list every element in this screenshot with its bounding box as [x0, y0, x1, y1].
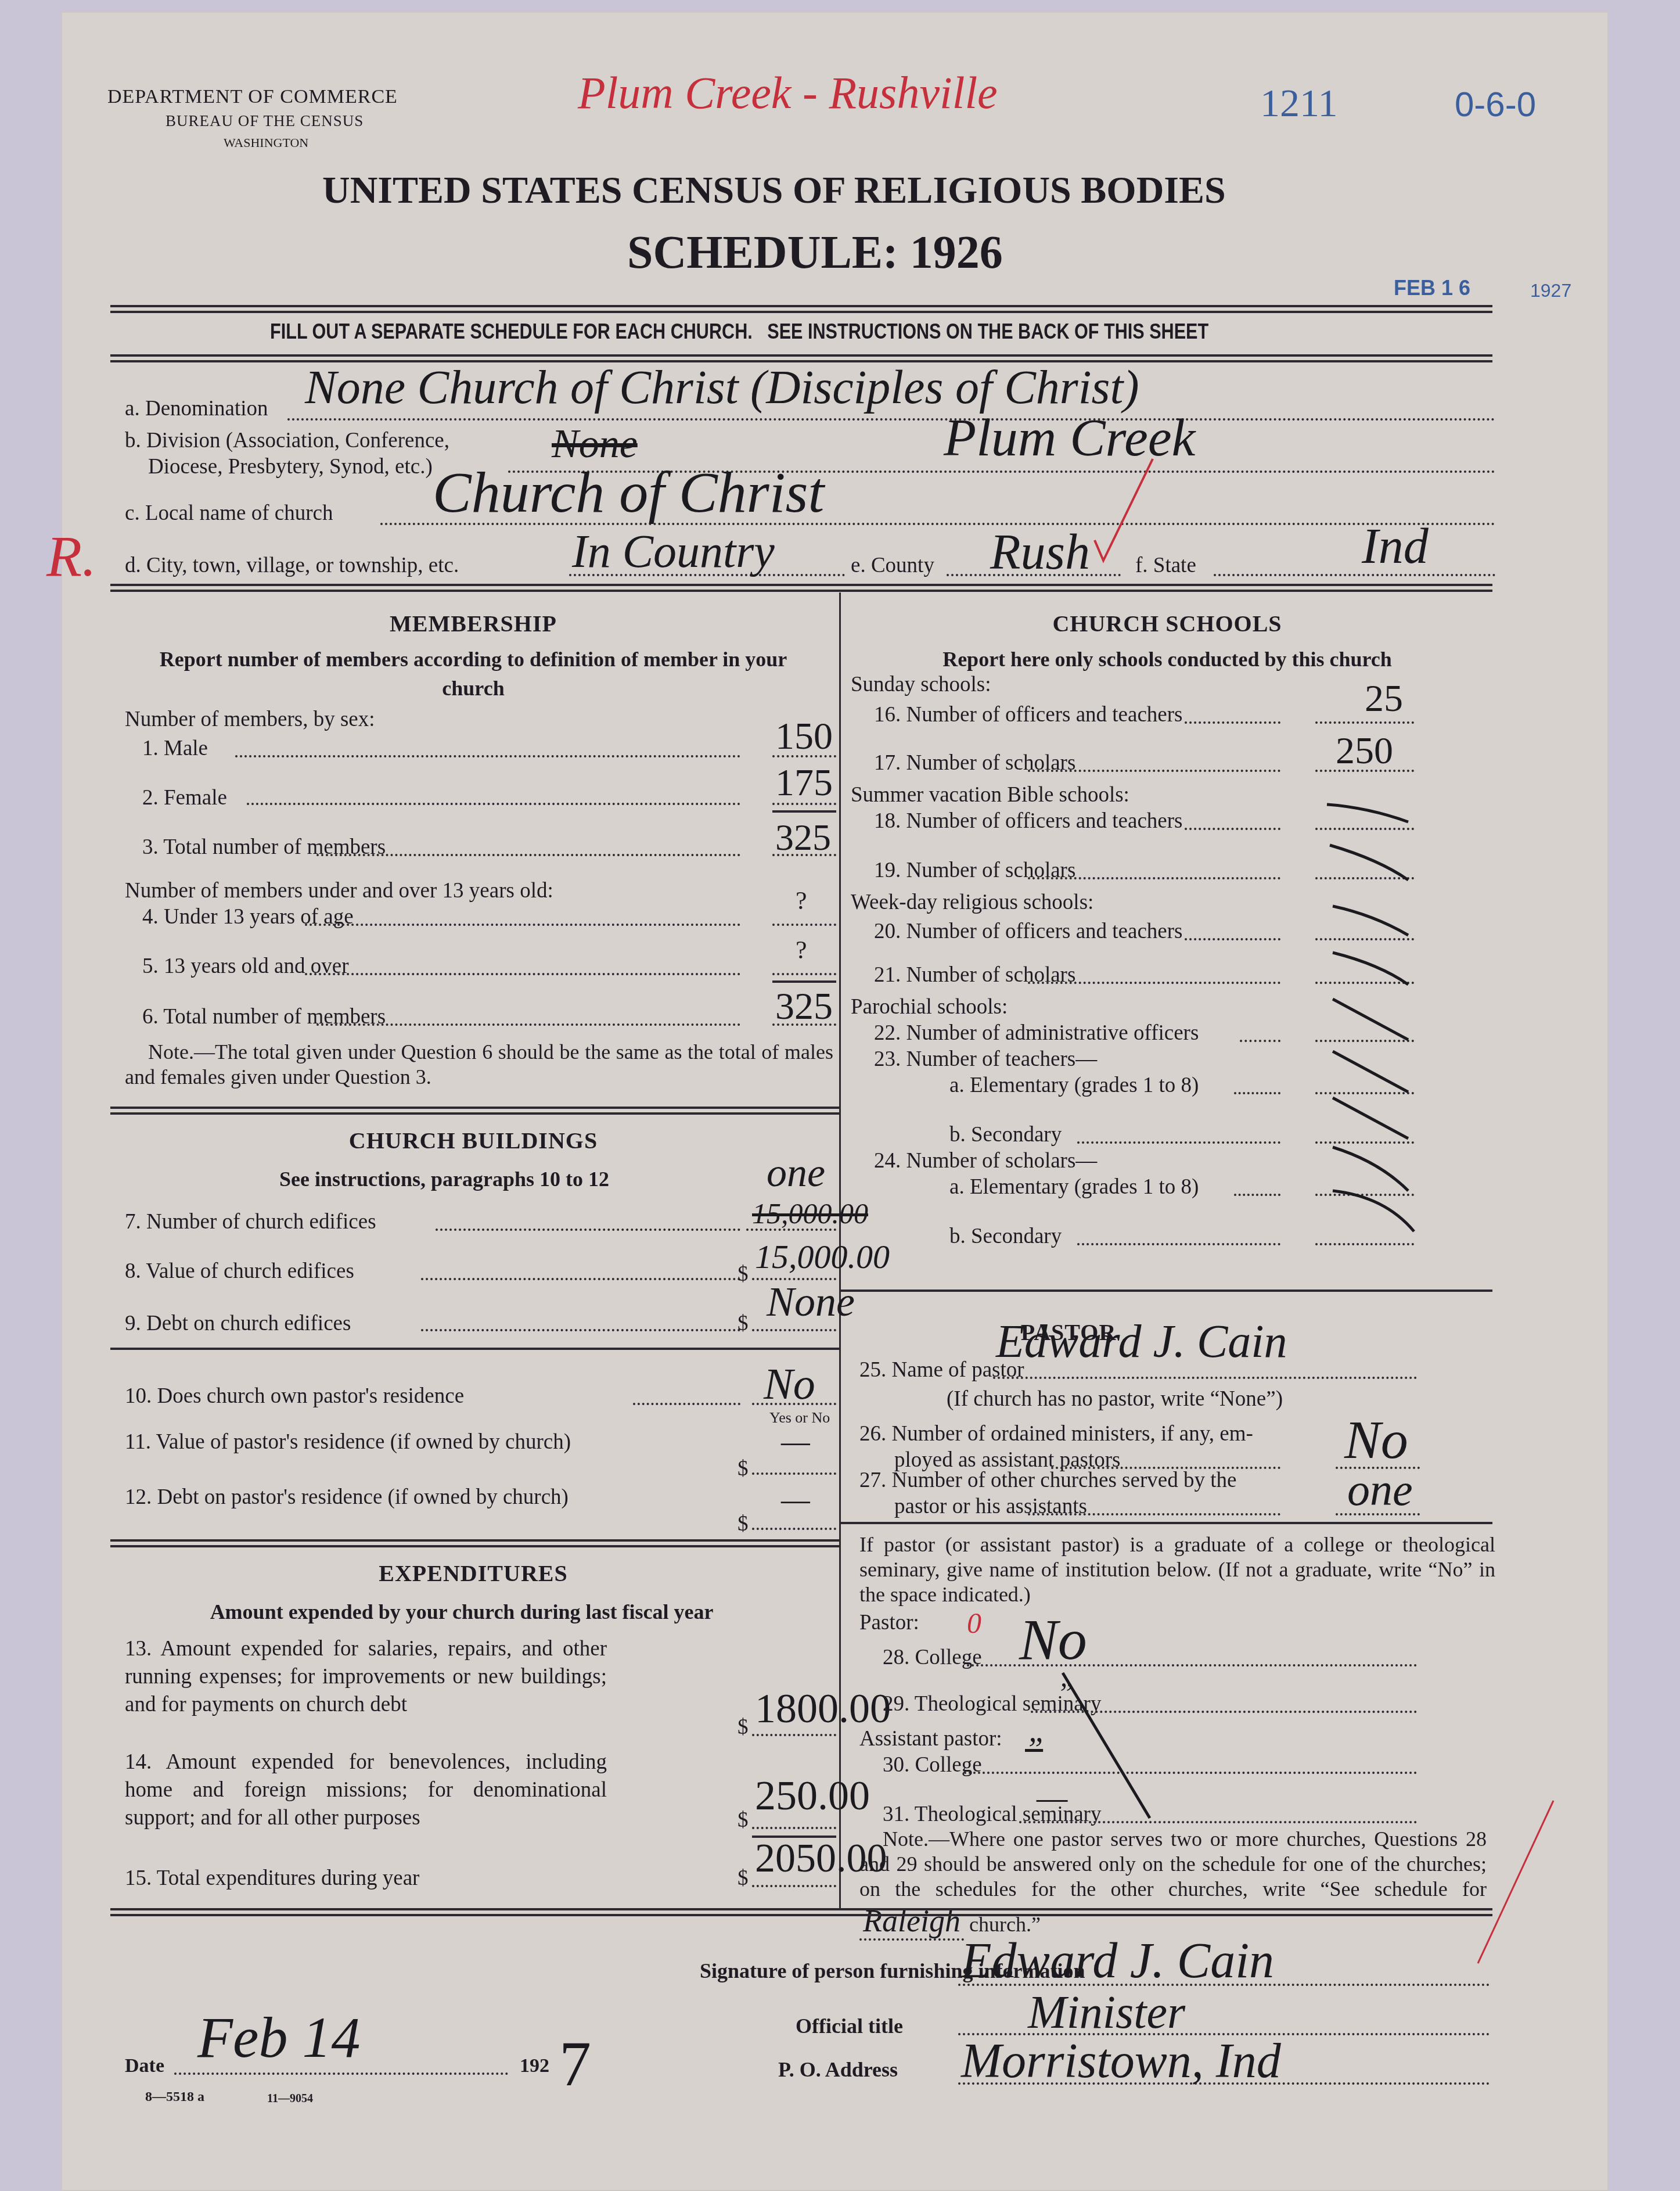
currency-symbol: $ — [738, 1263, 749, 1285]
currency-symbol: $ — [738, 1313, 749, 1334]
membership-note: Note.—The total given under Question 6 s… — [125, 1040, 833, 1090]
signature-value: Edward J. Cain — [961, 1931, 1274, 1989]
q24-label: 24. Number of scholars— — [874, 1150, 1097, 1172]
form-number: 8—5518 a — [145, 2090, 204, 2104]
running-expenses-field[interactable] — [752, 1734, 836, 1736]
city-value: In Country — [572, 526, 775, 579]
residence-debt-label: 12. Debt on pastor's residence (if owned… — [125, 1484, 706, 1511]
received-year-stamp: 1927 — [1530, 280, 1571, 301]
q20-label: 20. Number of officers and teachers — [874, 921, 1183, 942]
edifices-count-label: 7. Number of church edifices — [125, 1211, 376, 1233]
residence-value-value: — — [781, 1423, 810, 1460]
male-label: 1. Male — [142, 738, 208, 759]
divider — [839, 1290, 1492, 1292]
denomination-field[interactable] — [287, 418, 1495, 421]
leader-dots — [1234, 1194, 1280, 1196]
leader-dots — [1185, 828, 1280, 830]
edifices-count-value: one — [767, 1150, 825, 1197]
leader-dots — [316, 854, 740, 856]
divider — [839, 1522, 1492, 1524]
over-13-value: ? — [796, 935, 807, 965]
summer-schools-group: Summer vacation Bible schools: — [851, 784, 1129, 806]
q26-value: No — [1344, 1409, 1408, 1471]
official-title-value: Minister — [1028, 1987, 1185, 2039]
buildings-subtitle: See instructions, paragraphs 10 to 12 — [110, 1165, 778, 1194]
schools-heading: CHURCH SCHOOLS — [842, 610, 1492, 637]
bureau-name: BUREAU OF THE CENSUS — [166, 113, 364, 129]
city-name: WASHINGTON — [224, 137, 308, 149]
leader-dots — [1185, 721, 1280, 724]
residence-debt-value: — — [781, 1481, 810, 1518]
currency-symbol: $ — [738, 1809, 749, 1831]
red-checkmark-icon — [1089, 453, 1159, 569]
divider — [110, 1107, 839, 1115]
red-margin-stroke-icon — [1472, 1795, 1559, 1969]
red-annotation-location: Plum Creek - Rushville — [578, 67, 998, 119]
date-label: Date — [125, 2056, 164, 2076]
multi-church-note-text: Note.—Where one pastor serves two or mor… — [859, 1827, 1487, 1901]
document-title: UNITED STATES CENSUS OF RELIGIOUS BODIES — [322, 168, 1226, 213]
state-label: f. State — [1135, 555, 1196, 576]
q23b-label: b. Secondary — [949, 1124, 1062, 1145]
leader-dots — [1234, 1092, 1280, 1094]
q30-value: ” — [1025, 1731, 1043, 1768]
total-expenditures-label: 15. Total expenditures during year — [125, 1867, 419, 1889]
stamp-code: 0-6-0 — [1455, 84, 1536, 124]
members-by-age-label: Number of members under and over 13 year… — [125, 880, 553, 901]
leader-dots — [305, 973, 740, 975]
leader-dots — [305, 924, 740, 926]
divider — [110, 1348, 839, 1350]
residence-debt-field[interactable] — [752, 1528, 836, 1530]
instruction-bar: FILL OUT A SEPARATE SCHEDULE FOR EACH CH… — [270, 319, 1208, 344]
sunday-schools-group: Sunday schools: — [851, 674, 991, 695]
local-name-label: c. Local name of church — [125, 502, 333, 524]
pastor-subgroup-label: Pastor: — [859, 1612, 919, 1633]
q16-value: 25 — [1365, 677, 1403, 721]
total-members-age-value: 325 — [775, 985, 833, 1029]
year-prefix: 192 — [520, 2056, 549, 2076]
owns-residence-value: No — [764, 1359, 815, 1410]
owns-residence-label: 10. Does church own pastor's residence — [125, 1385, 464, 1407]
county-label: e. County — [851, 555, 934, 576]
red-margin-mark: R. — [46, 523, 96, 590]
q23a-label: a. Elementary (grades 1 to 8) — [949, 1075, 1199, 1096]
residence-value-label: 11. Value of pastor's residence (if owne… — [125, 1429, 706, 1456]
census-schedule-sheet: DEPARTMENT OF COMMERCE BUREAU OF THE CEN… — [61, 12, 1609, 2191]
running-expenses-label: 13. Amount expended for salaries, repair… — [125, 1635, 607, 1719]
leader-dots — [235, 755, 740, 757]
members-by-sex-label: Number of members, by sex: — [125, 709, 375, 730]
membership-heading: MEMBERSHIP — [110, 610, 836, 637]
state-field[interactable] — [1214, 574, 1495, 576]
leader-dots — [1028, 1513, 1280, 1515]
leader-dots — [1028, 770, 1280, 772]
red-pastor-mark: 0 — [967, 1606, 981, 1640]
divider — [110, 1539, 839, 1547]
q24b-label: b. Secondary — [949, 1226, 1062, 1247]
q22-label: 22. Number of administrative officers — [874, 1022, 1199, 1044]
po-address-value: Morristown, Ind — [961, 2033, 1281, 2089]
q30-field[interactable] — [964, 1772, 1417, 1774]
po-address-label: P. O. Address — [778, 2059, 898, 2080]
q23-label: 23. Number of teachers— — [874, 1048, 1097, 1070]
total-members-value: 325 — [775, 816, 831, 859]
division-label: b. Division (Association, Conference, — [125, 430, 449, 451]
stamp-number: 1211 — [1260, 80, 1337, 126]
year-suffix-value: 7 — [559, 2027, 591, 2101]
leader-dots — [316, 1023, 740, 1026]
female-value: 175 — [775, 761, 833, 805]
under-13-value: ? — [796, 886, 807, 915]
sum-line — [772, 980, 836, 983]
leader-dots — [1028, 877, 1280, 879]
edifices-value-label: 8. Value of church edifices — [125, 1260, 354, 1282]
benevolences-value: 250.00 — [755, 1772, 870, 1820]
assistant-pastor-subgroup-label: Assistant pastor: — [859, 1728, 1002, 1750]
leader-dots — [1077, 1141, 1280, 1144]
city-label: d. City, town, village, or township, etc… — [125, 555, 459, 576]
denomination-label: a. Denomination — [125, 398, 268, 419]
multi-church-note: Note.—Where one pastor serves two or mor… — [859, 1827, 1487, 1939]
q16-field[interactable] — [1315, 721, 1414, 724]
leader-dots — [421, 1278, 740, 1280]
division-label-cont: Diocese, Presbytery, Synod, etc.) — [148, 456, 433, 477]
edifices-debt-field[interactable] — [752, 1329, 836, 1331]
print-code: 11—9054 — [267, 2093, 313, 2104]
sum-line — [772, 810, 836, 813]
expenditures-subtitle: Amount expended by your church during la… — [125, 1597, 798, 1626]
graduate-instructions: If pastor (or assistant pastor) is a gra… — [859, 1532, 1495, 1608]
q27-label: 27. Number of other churches served by t… — [859, 1470, 1236, 1491]
q28-value: No — [1019, 1606, 1087, 1673]
currency-symbol: $ — [738, 1513, 749, 1535]
residence-value-field[interactable] — [752, 1472, 836, 1475]
leader-dots — [1185, 938, 1280, 940]
over-13-field[interactable] — [772, 973, 836, 975]
date-value: Feb 14 — [197, 2004, 360, 2071]
membership-subtitle: Report number of members according to de… — [154, 645, 793, 703]
leader-dots — [421, 1329, 740, 1331]
leader-dots — [1240, 1040, 1280, 1042]
q18-label: 18. Number of officers and teachers — [874, 810, 1183, 832]
q17-value: 250 — [1336, 729, 1393, 773]
q25-value: Edward J. Cain — [996, 1316, 1287, 1369]
under-13-field[interactable] — [772, 924, 836, 926]
total-expenditures-field[interactable] — [752, 1885, 836, 1887]
q16-label: 16. Number of officers and teachers — [874, 704, 1183, 725]
parochial-schools-group: Parochial schools: — [851, 996, 1008, 1018]
schedule-year-title: SCHEDULE: 1926 — [627, 227, 1003, 279]
state-value: Ind — [1362, 517, 1429, 575]
leader-dots — [633, 1403, 740, 1405]
department-name: DEPARTMENT OF COMMERCE — [107, 87, 398, 107]
currency-symbol: $ — [738, 1716, 749, 1738]
q25-field[interactable] — [993, 1377, 1417, 1379]
schools-subtitle: Report here only schools conducted by th… — [842, 645, 1492, 674]
expenditures-heading: EXPENDITURES — [110, 1560, 836, 1587]
leader-dots — [1077, 1243, 1280, 1245]
benevolences-label: 14. Amount expended for benevolences, in… — [125, 1748, 607, 1832]
not-applicable-slash-marks — [1315, 790, 1420, 1255]
benevolences-field[interactable] — [752, 1827, 836, 1829]
divider — [110, 584, 1492, 592]
q25-hint: (If church has no pastor, write “None”) — [947, 1388, 1283, 1410]
currency-symbol: $ — [738, 1458, 749, 1479]
official-title-label: Official title — [796, 2016, 903, 2036]
edifices-value-value: 15,000.00 — [755, 1237, 890, 1276]
local-name-value: Church of Christ — [433, 459, 824, 526]
divider — [110, 305, 1492, 313]
currency-symbol: $ — [738, 1867, 749, 1889]
buildings-heading: CHURCH BUILDINGS — [110, 1127, 836, 1154]
leader-dots — [1028, 982, 1280, 984]
female-label: 2. Female — [142, 787, 227, 809]
q24a-label: a. Elementary (grades 1 to 8) — [949, 1176, 1199, 1198]
edifices-debt-label: 9. Debt on church edifices — [125, 1313, 351, 1334]
leader-dots — [247, 803, 740, 805]
divider — [110, 1908, 1492, 1916]
q26-label: 26. Number of ordained ministers, if any… — [859, 1423, 1253, 1445]
leader-dots — [436, 1229, 740, 1231]
date-field[interactable] — [174, 2073, 508, 2075]
weekday-schools-group: Week-day religious schools: — [851, 892, 1093, 913]
edifices-count-struck: 15,000.00 — [752, 1197, 868, 1230]
received-date-stamp: FEB 1 6 — [1394, 276, 1470, 300]
running-expenses-value: 1800.00 — [755, 1684, 891, 1733]
not-applicable-diagonal-mark — [1048, 1667, 1164, 1830]
male-value: 150 — [775, 714, 833, 759]
county-value: Rush — [990, 523, 1090, 581]
q27-value: one — [1347, 1464, 1413, 1516]
